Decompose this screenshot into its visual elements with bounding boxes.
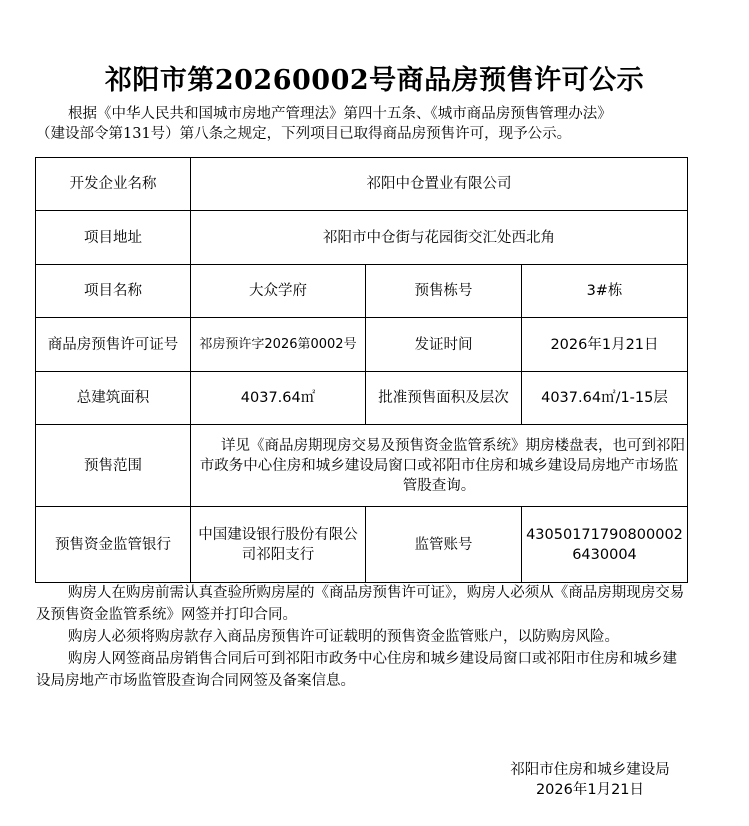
table-row-project: 项目名称 大众学府 预售栋号 3#栋: [36, 265, 688, 318]
table-row-permit: 商品房预售许可证号 祁房预许字2026第0002号 发证时间 2026年1月21…: [36, 318, 688, 372]
issue-date-label: 发证时间: [366, 318, 522, 372]
total-area-label: 总建筑面积: [36, 372, 191, 425]
developer-value: 祁阳中仓置业有限公司: [191, 158, 688, 211]
signature-date: 2026年1月21日: [470, 780, 710, 800]
account-value: 43050171790800002 6430004: [522, 507, 688, 583]
document-title: 祁阳市第20260002号商品房预售许可公示: [0, 58, 749, 97]
note-2: 购房人必须将购房款存入商品房预售许可证载明的预售资金监管账户，以防购房风险。: [36, 626, 688, 648]
buyer-notes: 购房人在购房前需认真查验所购房屋的《商品房预售许可证》，购房人必须从《商品房期现…: [36, 582, 688, 692]
bank-value: 中国建设银行股份有限公司祁阳支行: [191, 507, 366, 583]
building-value: 3#栋: [522, 265, 688, 318]
approved-area-value: 4037.64㎡/1-15层: [522, 372, 688, 425]
table-row-area: 总建筑面积 4037.64㎡ 批准预售面积及层次 4037.64㎡/1-15层: [36, 372, 688, 425]
account-label: 监管账号: [366, 507, 522, 583]
signature-block: 祁阳市住房和城乡建设局 2026年1月21日: [470, 760, 710, 800]
intro-line-2: （建设部令第131号）第八条之规定，下列项目已取得商品房预售许可，现予公示。: [36, 124, 696, 144]
note-1: 购房人在购房前需认真查验所购房屋的《商品房预售许可证》，购房人必须从《商品房期现…: [36, 582, 688, 626]
scope-value: 详见《商品房期现房交易及预售资金监管系统》期房楼盘表，也可到祁阳市政务中心住房和…: [191, 425, 688, 507]
total-area-value: 4037.64㎡: [191, 372, 366, 425]
permit-no-label: 商品房预售许可证号: [36, 318, 191, 372]
project-name-value: 大众学府: [191, 265, 366, 318]
address-value: 祁阳市中仓街与花园街交汇处西北角: [191, 211, 688, 265]
building-label: 预售栋号: [366, 265, 522, 318]
address-label: 项目地址: [36, 211, 191, 265]
developer-label: 开发企业名称: [36, 158, 191, 211]
approved-area-label: 批准预售面积及层次: [366, 372, 522, 425]
table-row-address: 项目地址 祁阳市中仓街与花园街交汇处西北角: [36, 211, 688, 265]
permit-no-value: 祁房预许字2026第0002号: [191, 318, 366, 372]
intro-paragraph: 根据《中华人民共和国城市房地产管理法》第四十五条、《城市商品房预售管理办法》 （…: [36, 104, 696, 144]
project-name-label: 项目名称: [36, 265, 191, 318]
bank-label: 预售资金监管银行: [36, 507, 191, 583]
table-row-scope: 预售范围 详见《商品房期现房交易及预售资金监管系统》期房楼盘表，也可到祁阳市政务…: [36, 425, 688, 507]
issuer-name: 祁阳市住房和城乡建设局: [470, 760, 710, 780]
permit-table: 开发企业名称 祁阳中仓置业有限公司 项目地址 祁阳市中仓街与花园街交汇处西北角 …: [35, 157, 688, 583]
note-3: 购房人网签商品房销售合同后可到祁阳市政务中心住房和城乡建设局窗口或祁阳市住房和城…: [36, 648, 688, 692]
table-row-bank: 预售资金监管银行 中国建设银行股份有限公司祁阳支行 监管账号 430501717…: [36, 507, 688, 583]
table-row-developer: 开发企业名称 祁阳中仓置业有限公司: [36, 158, 688, 211]
issue-date-value: 2026年1月21日: [522, 318, 688, 372]
intro-line-1: 根据《中华人民共和国城市房地产管理法》第四十五条、《城市商品房预售管理办法》: [36, 104, 696, 124]
scope-label: 预售范围: [36, 425, 191, 507]
